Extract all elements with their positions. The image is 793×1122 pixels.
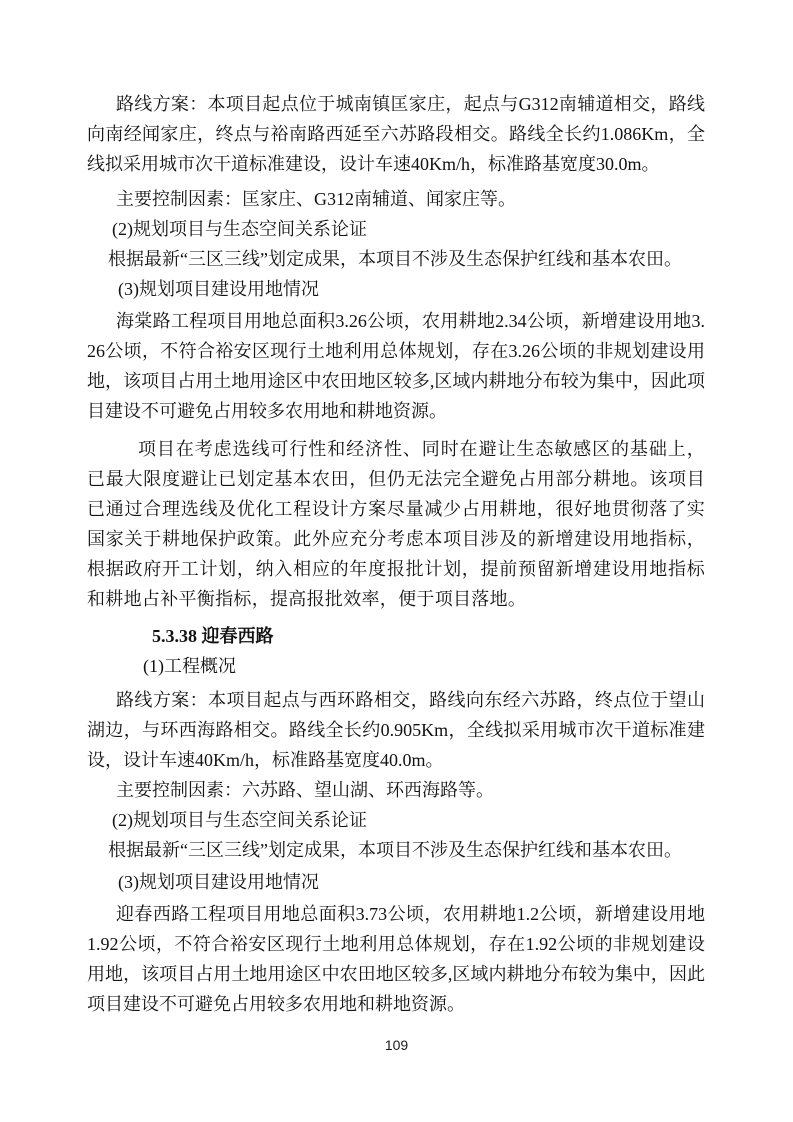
paragraph-route-plan-yingchun: 路线方案：本项目起点与西环路相交，路线向东经六苏路，终点位于望山湖边，与环西海路… <box>87 685 705 775</box>
document-page: 路线方案：本项目起点位于城南镇匡家庄，起点与G312南辅道相交，路线向南经闻家庄… <box>0 0 793 1122</box>
paragraph-land-area-haitang: 海棠路工程项目用地总面积3.26公顷，农用耕地2.34公顷，新增建设用地3.26… <box>87 306 705 426</box>
paragraph-route-plan-haitang: 路线方案：本项目起点位于城南镇匡家庄，起点与G312南辅道相交，路线向南经闻家庄… <box>87 89 705 179</box>
paragraph-farmland-mitigation: 项目在考虑选线可行性和经济性、同时在避让生态敏感区的基础上，已最大限度避让已划定… <box>87 434 705 614</box>
paragraph-three-zones-result-2: 根据最新“三区三线”划定成果，本项目不涉及生态保护红线和基本农田。 <box>87 835 705 865</box>
numbered-item-eco-space-relation-1: (2)规划项目与生态空间关系论证 <box>87 214 705 244</box>
numbered-item-construction-land-2: (3)规划项目建设用地情况 <box>87 867 705 897</box>
paragraph-land-area-yingchun: 迎春西路工程项目用地总面积3.73公顷，农用耕地1.2公顷，新增建设用地1.92… <box>87 899 705 1019</box>
page-content: 路线方案：本项目起点位于城南镇匡家庄，起点与G312南辅道相交，路线向南经闻家庄… <box>87 89 705 1019</box>
numbered-item-eco-space-relation-2: (2)规划项目与生态空间关系论证 <box>87 805 705 835</box>
numbered-item-project-overview: (1)工程概况 <box>87 651 705 681</box>
section-heading-5-3-38: 5.3.38 迎春西路 <box>152 621 705 651</box>
page-number: 109 <box>0 1037 793 1053</box>
numbered-item-construction-land-1: (3)规划项目建设用地情况 <box>87 274 705 304</box>
paragraph-control-factors-haitang: 主要控制因素：匡家庄、G312南辅道、闻家庄等。 <box>87 184 705 214</box>
paragraph-control-factors-yingchun: 主要控制因素：六苏路、望山湖、环西海路等。 <box>87 775 705 805</box>
paragraph-three-zones-result-1: 根据最新“三区三线”划定成果，本项目不涉及生态保护红线和基本农田。 <box>87 244 705 274</box>
